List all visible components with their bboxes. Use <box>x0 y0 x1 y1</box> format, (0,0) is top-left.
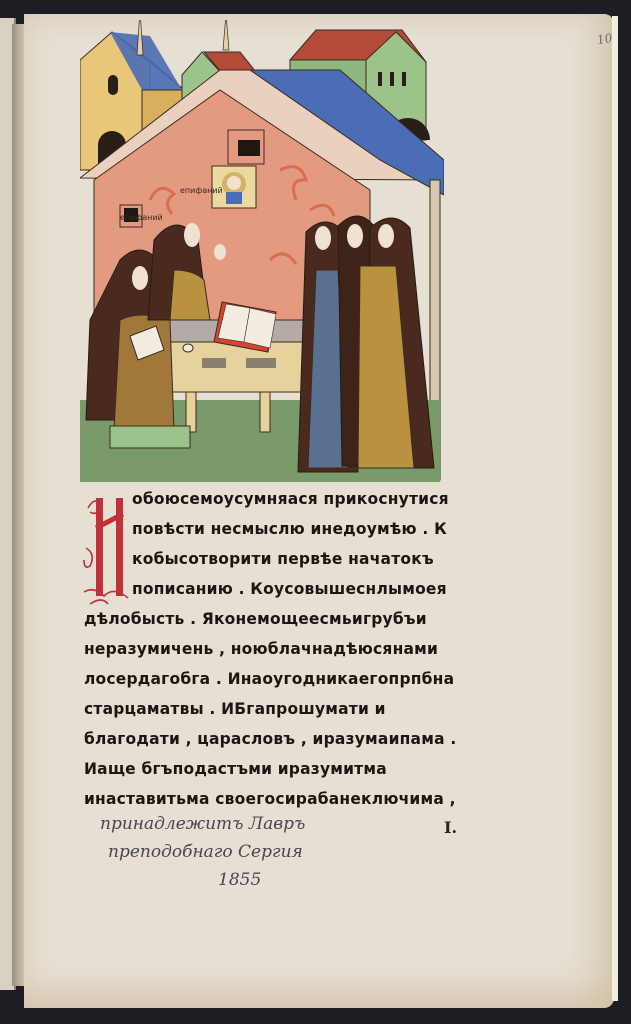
decorated-initial <box>82 488 134 608</box>
miniature-caption: епифаний <box>180 186 223 195</box>
ownership-inscription: принадлежитъ Лавръ преподобнаго Сергия 1… <box>100 810 305 894</box>
text-line: благодати , царасловъ , иразумаипама . <box>84 729 472 761</box>
text-line: кобысотворити первѣе начатокъ <box>132 549 472 581</box>
text-line: неразумичень , ноюблачнадѣюсянами <box>84 639 472 671</box>
inscription-line: принадлежитъ Лавръ <box>100 810 305 838</box>
text-line: дѣлобысть . Яконемощеесмьигрубъи <box>84 609 472 641</box>
text-line: старцаматвы . ИБгапрошумати и <box>84 699 472 731</box>
page-fore-edge <box>612 16 618 1001</box>
inscription-line: преподобнаго Сергия <box>108 838 305 866</box>
text-line: пописанию . Коусовышеснлымоея <box>132 579 472 611</box>
inscription-year: 1855 <box>218 866 305 894</box>
text-line: повѣсти несмыслю инедоумѣю . К <box>132 519 472 551</box>
text-line: Иаще бгъподастъми иразумитма <box>84 759 472 791</box>
folio-number: 10 <box>596 31 613 47</box>
miniature-illustration <box>80 20 444 482</box>
text-line: лосердагобга . Инаоугодникаегопрпбна <box>84 669 472 701</box>
standing-monk-ochre <box>358 218 434 468</box>
text-line: обоюсемоусумняася прикоснутися <box>132 489 472 521</box>
manuscript-text: обоюсемоусумняася прикоснутися повѣсти н… <box>132 490 472 820</box>
margin-mark: I. <box>444 818 457 837</box>
miniature-caption: епифаний <box>120 213 163 222</box>
